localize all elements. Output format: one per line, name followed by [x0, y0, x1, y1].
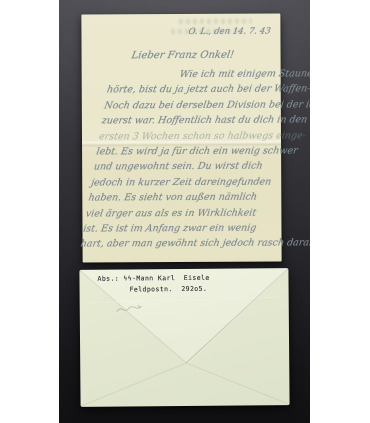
envelope-back: Abs.: ϟϟ-Mann Karl Eisele Feldpostn. 292… [79, 268, 289, 407]
letter-line: Wie ich mit einigem Staunen [108, 66, 291, 82]
letter-line: jedoch in kurzer Zeit dareingefunden [90, 174, 273, 190]
letter-date: O. L., den 14. 7. 43 [187, 27, 271, 37]
sender-name: -Mann Karl Eisele [132, 274, 210, 283]
letter-line: ist. Es ist im Anfang zwar ein wenig [82, 221, 265, 237]
letter-body: Wie ich mit einigem Staunen hörte, bist … [79, 66, 291, 252]
sender-address-line2: Feldpostn. 292o5. [130, 286, 208, 293]
sender-prefix: Abs.: [97, 275, 123, 283]
fold-crease [82, 140, 281, 147]
letter-line: Noch dazu bei derselben Division bei der… [103, 97, 286, 113]
letter-line: viel ärger aus als es in Wirklichkeit [85, 205, 268, 221]
letter-line: hörte, bist du ja jetzt auch bei der Waf… [106, 82, 289, 98]
letter-line: hart, aber man gewöhnt sich jedoch rasch… [79, 236, 262, 252]
letter-line: haben. Es sieht von außen nämlich [87, 190, 270, 206]
scan-page: O. L., den 14. 7. 43 Lieber Franz Onkel!… [0, 0, 370, 423]
pencil-mark [116, 303, 150, 315]
photo-backdrop: O. L., den 14. 7. 43 Lieber Franz Onkel!… [59, 0, 310, 423]
ink-bleed-through [179, 19, 251, 24]
letter-salutation: Lieber Franz Onkel! [131, 50, 235, 62]
letter-sheet: O. L., den 14. 7. 43 Lieber Franz Onkel!… [81, 13, 281, 262]
ss-runes-icon: ϟϟ [123, 274, 132, 282]
letter-line: und ungewohnt sein. Du wirst dich [92, 159, 275, 175]
letter-line: zuerst war. Hoffentlich hast du dich in … [100, 113, 283, 129]
sender-address-line1: Abs.: ϟϟ-Mann Karl Eisele [97, 275, 209, 282]
